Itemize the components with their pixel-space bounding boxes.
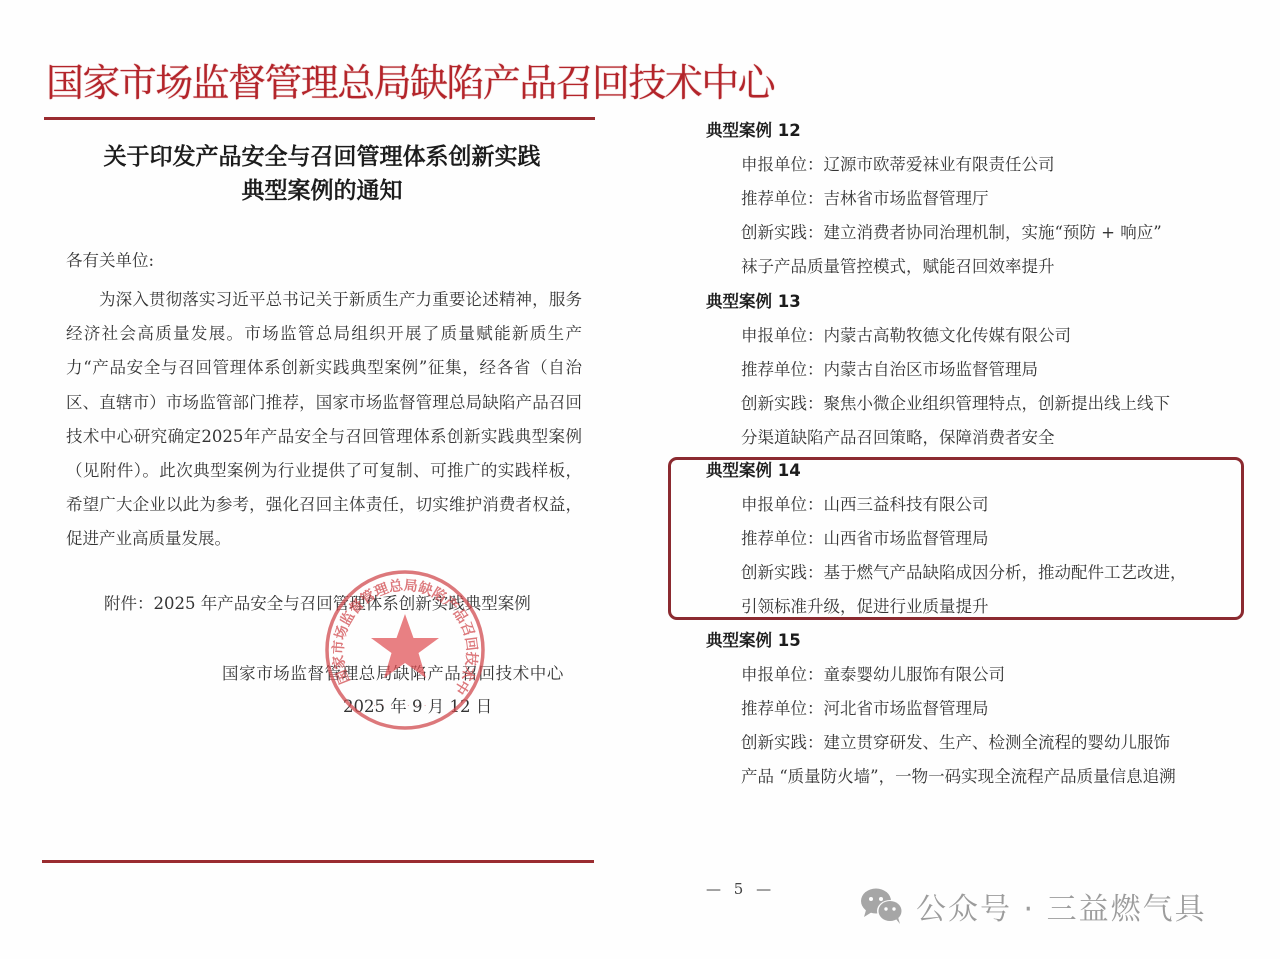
- document-title: 关于印发产品安全与召回管理体系创新实践 典型案例的通知: [46, 140, 598, 208]
- practice-row: 创新实践：基于燃气产品缺陷成因分析，推动配件工艺改进，: [706, 556, 1226, 590]
- case-title: 典型案例 13: [706, 285, 1226, 319]
- applicant-row: 申报单位：山西三益科技有限公司: [706, 488, 1226, 522]
- page-number: — 5 —: [706, 880, 775, 898]
- body-paragraph: 为深入贯彻落实习近平总书记关于新质生产力重要论述精神，服务经济社会高质量发展。市…: [66, 283, 582, 557]
- case-title: 典型案例 14: [706, 454, 1226, 488]
- practice-value: 建立消费者协同治理机制，实施“预防 + 响应”: [824, 223, 1162, 242]
- practice-row: 创新实践：建立贯穿研发、生产、检测全流程的婴幼儿服饰: [706, 726, 1226, 760]
- practice-continuation: 袜子产品质量管控模式，赋能召回效率提升: [706, 250, 1226, 284]
- applicant-value: 辽源市欧蒂爱袜业有限责任公司: [824, 155, 1055, 174]
- practice-value: 聚焦小微企业组织管理特点，创新提出线上线下: [824, 394, 1171, 413]
- wechat-icon: [858, 886, 908, 926]
- recommender-label: 推荐单位：: [741, 189, 824, 208]
- recommender-row: 推荐单位：山西省市场监督管理局: [706, 522, 1226, 556]
- applicant-label: 申报单位：: [741, 155, 824, 174]
- practice-row: 创新实践：建立消费者协同治理机制，实施“预防 + 响应”: [706, 216, 1226, 250]
- practice-row: 创新实践：聚焦小微企业组织管理特点，创新提出线上线下: [706, 387, 1226, 421]
- applicant-row: 申报单位：童泰婴幼儿服饰有限公司: [706, 658, 1226, 692]
- practice-continuation: 引领标准升级，促进行业质量提升: [706, 590, 1226, 624]
- case-15: 典型案例 15 申报单位：童泰婴幼儿服饰有限公司 推荐单位：河北省市场监督管理局…: [706, 624, 1226, 794]
- recommender-value: 内蒙古自治区市场监督管理局: [824, 360, 1039, 379]
- title-line-2: 典型案例的通知: [46, 174, 598, 208]
- applicant-label: 申报单位：: [741, 495, 824, 514]
- recommender-row: 推荐单位：吉林省市场监督管理厅: [706, 182, 1226, 216]
- practice-value: 基于燃气产品缺陷成因分析，推动配件工艺改进，: [824, 563, 1187, 582]
- recommender-label: 推荐单位：: [741, 529, 824, 548]
- recommender-label: 推荐单位：: [741, 699, 824, 718]
- recommender-label: 推荐单位：: [741, 360, 824, 379]
- applicant-label: 申报单位：: [741, 665, 824, 684]
- recommender-value: 河北省市场监督管理局: [824, 699, 989, 718]
- recommender-row: 推荐单位：河北省市场监督管理局: [706, 692, 1226, 726]
- practice-label: 创新实践：: [741, 733, 824, 752]
- header-rule: [44, 117, 595, 120]
- official-seal-icon: 国家市场监督管理总局缺陷产品召回技术中心 · · · · · · · ·: [323, 568, 487, 732]
- footer-rule: [42, 860, 594, 863]
- practice-label: 创新实践：: [741, 563, 824, 582]
- practice-label: 创新实践：: [741, 394, 824, 413]
- case-13: 典型案例 13 申报单位：内蒙古高勒牧德文化传媒有限公司 推荐单位：内蒙古自治区…: [706, 285, 1226, 455]
- applicant-row: 申报单位：辽源市欧蒂爱袜业有限责任公司: [706, 148, 1226, 182]
- practice-label: 创新实践：: [741, 223, 824, 242]
- recommender-value: 山西省市场监督管理局: [824, 529, 989, 548]
- applicant-row: 申报单位：内蒙古高勒牧德文化传媒有限公司: [706, 319, 1226, 353]
- case-title: 典型案例 15: [706, 624, 1226, 658]
- recommender-row: 推荐单位：内蒙古自治区市场监督管理局: [706, 353, 1226, 387]
- case-14: 典型案例 14 申报单位：山西三益科技有限公司 推荐单位：山西省市场监督管理局 …: [706, 454, 1226, 624]
- watermark-text: 公众号 · 三益燃气具: [916, 884, 1207, 928]
- applicant-value: 山西三益科技有限公司: [824, 495, 989, 514]
- salutation: 各有关单位:: [66, 247, 154, 271]
- watermark: 公众号 · 三益燃气具: [858, 886, 1207, 926]
- practice-continuation: 分渠道缺陷产品召回策略，保障消费者安全: [706, 421, 1226, 455]
- org-header: 国家市场监督管理总局缺陷产品召回技术中心: [46, 58, 598, 108]
- practice-continuation: 产品 “质量防火墙”，一物一码实现全流程产品质量信息追溯: [706, 760, 1226, 794]
- case-title: 典型案例 12: [706, 114, 1226, 148]
- title-line-1: 关于印发产品安全与召回管理体系创新实践: [46, 140, 598, 174]
- applicant-value: 内蒙古高勒牧德文化传媒有限公司: [824, 326, 1072, 345]
- practice-value: 建立贯穿研发、生产、检测全流程的婴幼儿服饰: [824, 733, 1171, 752]
- recommender-value: 吉林省市场监督管理厅: [824, 189, 989, 208]
- applicant-value: 童泰婴幼儿服饰有限公司: [824, 665, 1006, 684]
- applicant-label: 申报单位：: [741, 326, 824, 345]
- svg-text:· · · · · · · ·: · · · · · · · ·: [373, 702, 436, 710]
- case-12: 典型案例 12 申报单位：辽源市欧蒂爱袜业有限责任公司 推荐单位：吉林省市场监督…: [706, 114, 1226, 284]
